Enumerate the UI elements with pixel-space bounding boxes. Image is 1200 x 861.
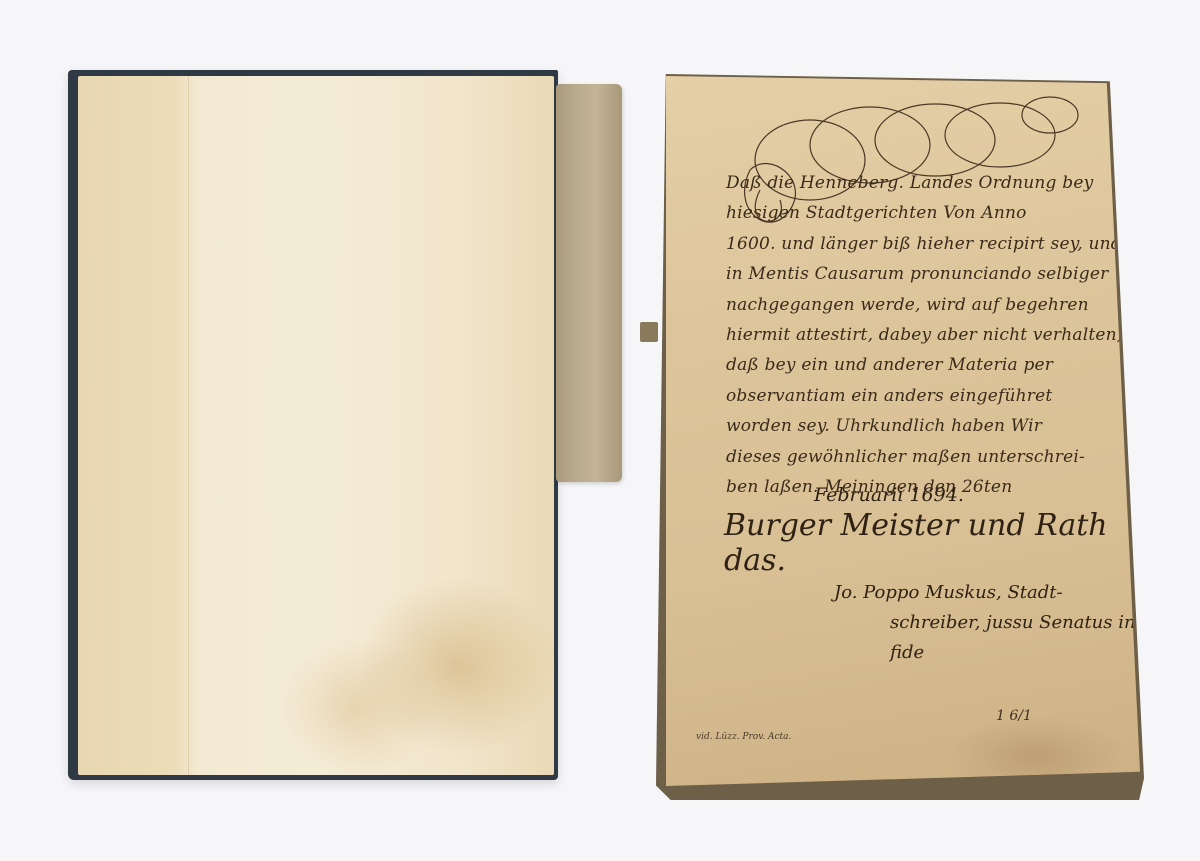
right-volume-title-page: Daß die Henneberg. Landes Ordnung bey hi… xyxy=(656,74,1144,800)
manuscript-line: nachgegangen werde, wird auf begehren xyxy=(726,290,1136,320)
foxing-stain xyxy=(946,716,1126,796)
blank-endpaper xyxy=(78,76,554,775)
photograph-scene: Daß die Henneberg. Landes Ordnung bey hi… xyxy=(0,0,1200,861)
signature-line: Jo. Poppo Muskus, Stadt- xyxy=(834,578,1144,608)
manuscript-line: worden sey. Uhrkundlich haben Wir xyxy=(726,411,1136,441)
date-line: Februarii 1694. xyxy=(814,484,1144,506)
manuscript-page: Daß die Henneberg. Landes Ordnung bey hi… xyxy=(666,76,1140,786)
manuscript-line: hiermit attestirt, dabey aber nicht verh… xyxy=(726,320,1136,350)
left-volume-endpaper xyxy=(68,70,558,780)
signature-line: schreiber, jussu Senatus in fide xyxy=(890,608,1144,668)
manuscript-text: Daß die Henneberg. Landes Ordnung bey hi… xyxy=(726,168,1136,502)
manuscript-line: daß bey ein und anderer Materia per xyxy=(726,350,1136,380)
folio-mark: 1 6/1 xyxy=(996,708,1032,724)
detached-spine-strip xyxy=(556,84,622,482)
manuscript-line: dieses gewöhnlicher maßen unterschrei- xyxy=(726,442,1136,472)
manuscript-line: hiesigen Stadtgerichten Von Anno xyxy=(726,198,1136,228)
manuscript-line: observantiam ein anders eingeführet xyxy=(726,381,1136,411)
manuscript-line: in Mentis Causarum pronunciando selbiger xyxy=(726,259,1136,289)
manuscript-line: Daß die Henneberg. Landes Ordnung bey xyxy=(726,168,1136,198)
binding-tie xyxy=(640,322,658,342)
water-stain xyxy=(278,636,438,776)
manuscript-line: 1600. und länger biß hieher recipirt sey… xyxy=(726,229,1136,259)
closing-block: Februarii 1694. Burger Meister und Rath … xyxy=(724,484,1144,668)
authority-line: Burger Meister und Rath das. xyxy=(724,508,1144,578)
footnote-annotation: vid. Lüzz. Prov. Acta. xyxy=(696,732,791,742)
